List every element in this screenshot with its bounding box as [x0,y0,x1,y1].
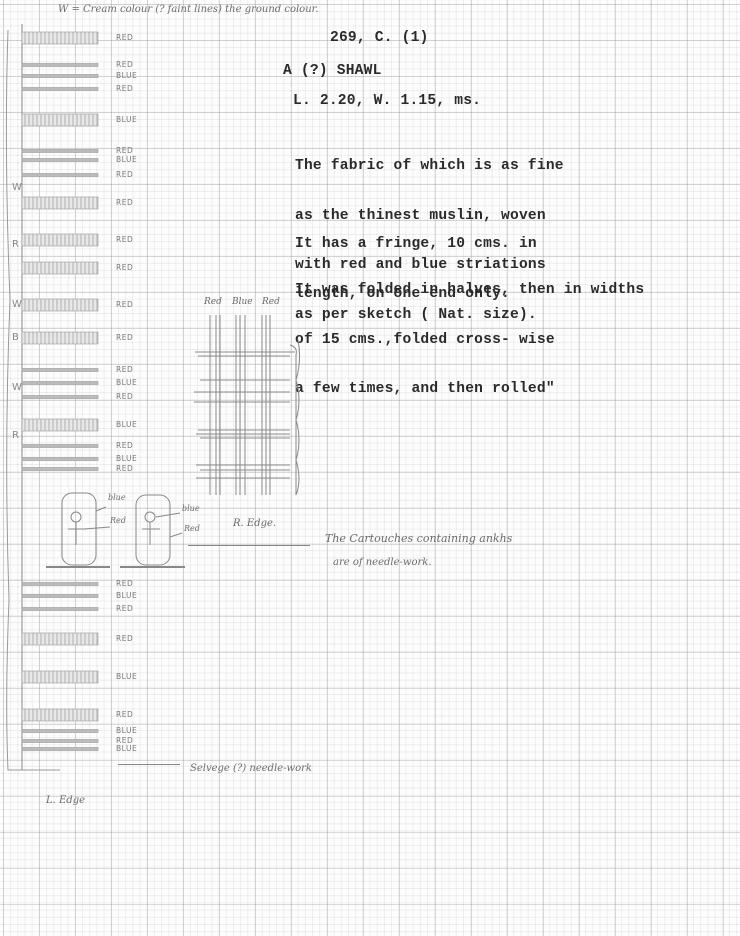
stripe-label: RED [116,60,133,69]
cartouche-label-blue-1: blue [108,493,126,502]
stripe-label: BLUE [116,115,137,124]
stripe-label: RED [116,84,133,93]
stripe-label: RED [116,392,133,401]
stripe-label: BLUE [116,71,137,80]
selvage-leader-line [118,764,180,765]
stripe-label: BLUE [116,155,137,164]
stripe-label: BLUE [116,454,137,463]
stripe-label: RED [116,170,133,179]
svg-text:W: W [12,299,22,310]
stripe-label: RED [116,300,133,309]
weave-header-blue: Blue [232,297,253,307]
stripe-label: RED [116,365,133,374]
svg-text:R: R [12,430,19,441]
svg-text:R: R [12,239,19,250]
stripe-label: BLUE [116,726,137,735]
weave-detail-sketch [190,300,320,500]
r-edge-label: R. Edge. [233,518,276,529]
stripe-label: RED [116,198,133,207]
stripe-sketch: WRWBWR [0,0,740,936]
stripe-label: RED [116,235,133,244]
l-edge-label: L. Edge [46,795,85,806]
cartouche-note-line2: are of needle-work. [333,557,432,568]
cartouche-note-line1: The Cartouches containing ankhs [325,532,512,545]
svg-text:B: B [12,332,19,343]
stripe-label: BLUE [116,744,137,753]
leader-line [188,545,310,546]
svg-text:W: W [12,382,22,393]
svg-text:W: W [12,182,22,193]
stripe-label: RED [116,263,133,272]
stripe-label: BLUE [116,378,137,387]
cartouche-label-blue-2: blue [182,504,200,513]
stripe-label: RED [116,441,133,450]
stripe-label: BLUE [116,420,137,429]
stripe-label: RED [116,33,133,42]
stripe-label: RED [116,604,133,613]
cartouche-label-red-2: Red [184,524,200,533]
stripe-label: RED [116,333,133,342]
cartouche-label-red-1: Red [110,516,126,525]
selvage-note: Selvege (?) needle-work [190,763,312,774]
stripe-label: BLUE [116,672,137,681]
stripe-label: BLUE [116,591,137,600]
stripe-label: RED [116,579,133,588]
stripe-label: RED [116,634,133,643]
stripe-label: RED [116,464,133,473]
weave-header-red-1: Red [204,297,222,307]
weave-header-red-2: Red [262,297,280,307]
stripe-label: RED [116,710,133,719]
stripe-label: RED [116,146,133,155]
